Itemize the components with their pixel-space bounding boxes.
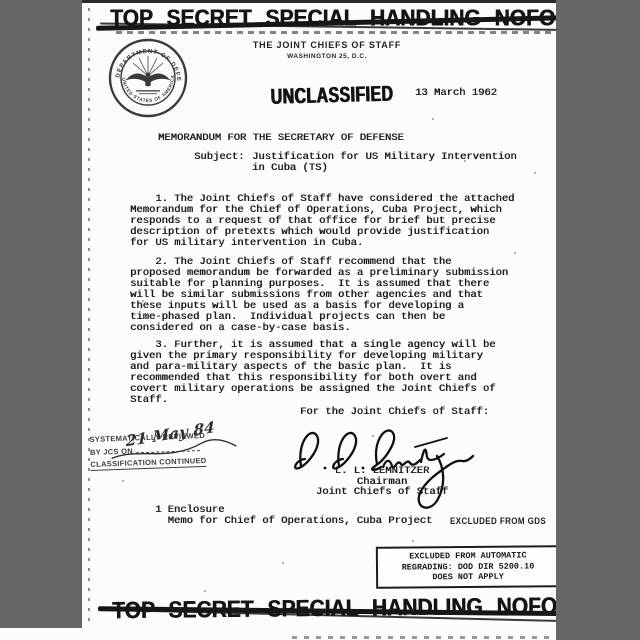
review-stamp: SYSTEMATICALLY REVIEWED BY JCS ON CLASSI… [89, 429, 260, 474]
subject-text: Justification for US Military Interventi… [252, 152, 517, 174]
scan-speck [282, 562, 284, 564]
letterhead-org: THE JOINT CHIEFS OF STAFF [227, 40, 427, 50]
closing-line: For the Joint Chiefs of Staff: [300, 407, 489, 418]
letterhead-address: WASHINGTON 25, D.C. [227, 53, 427, 60]
scan-speck [412, 540, 414, 542]
regrading-line2: REGRADING: DOD DIR 5200.10 [382, 561, 554, 573]
scan-speck [204, 590, 206, 592]
memo-heading: MEMORANDUM FOR THE SECRETARY OF DEFENSE [158, 133, 404, 144]
scanned-document: TOP SECRET SPECIAL HANDLING NOFORN DEPAR… [0, 0, 640, 640]
handwriting-flourish [109, 432, 240, 467]
paragraph-3: 3. Further, it is assumed that a single … [130, 340, 495, 406]
memo-page: TOP SECRET SPECIAL HANDLING NOFORN DEPAR… [82, 0, 556, 640]
paragraph-1: 1. The Joint Chiefs of Staff have consid… [130, 194, 514, 249]
scan-background-right [556, 0, 640, 640]
dod-seal: DEPARTMENT OF DEFENSE UNITED STATES OF A… [106, 36, 190, 120]
scan-bottom-smudge [292, 636, 554, 639]
classification-banner-top: TOP SECRET SPECIAL HANDLING NOFORN [110, 7, 556, 31]
stamp-smudge [116, 31, 556, 34]
scan-background-left [0, 0, 82, 628]
scan-speck [122, 480, 124, 482]
signature-block: L. L. LEMNITZER Chairman Joint Chiefs of… [302, 466, 462, 498]
scan-speck [514, 252, 516, 254]
scan-speck [372, 435, 374, 437]
seal-eagle-icon [126, 56, 170, 94]
paragraph-2: 2. The Joint Chiefs of Staff recommend t… [130, 257, 508, 334]
regrading-box-stamp: EXCLUDED FROM AUTOMATIC REGRADING: DOD D… [376, 545, 556, 588]
regrading-line3: DOES NOT APPLY [382, 571, 554, 583]
scan-speck [142, 300, 144, 302]
unclassified-stamp: UNCLASSIFIED [270, 82, 393, 110]
scan-top-edge [82, 0, 556, 3]
scan-speck [534, 172, 536, 174]
left-margin-marks [88, 8, 90, 628]
signatory-name: L. L. LEMNITZER [302, 466, 462, 477]
scan-speck [432, 118, 434, 120]
classification-banner-bottom: TOP SECRET SPECIAL HANDLING NOFORN [112, 595, 556, 624]
subject-label: Subject: [194, 152, 244, 163]
enclosure-note: 1 Enclosure Memo for Chief of Operations… [155, 505, 432, 527]
excluded-gds-stamp: EXCLUDED FROM GDS [450, 517, 546, 527]
memo-date: 13 March 1962 [415, 88, 497, 99]
scan-speck [464, 160, 466, 162]
signatory-org: Joint Chiefs of Staff [302, 487, 462, 498]
